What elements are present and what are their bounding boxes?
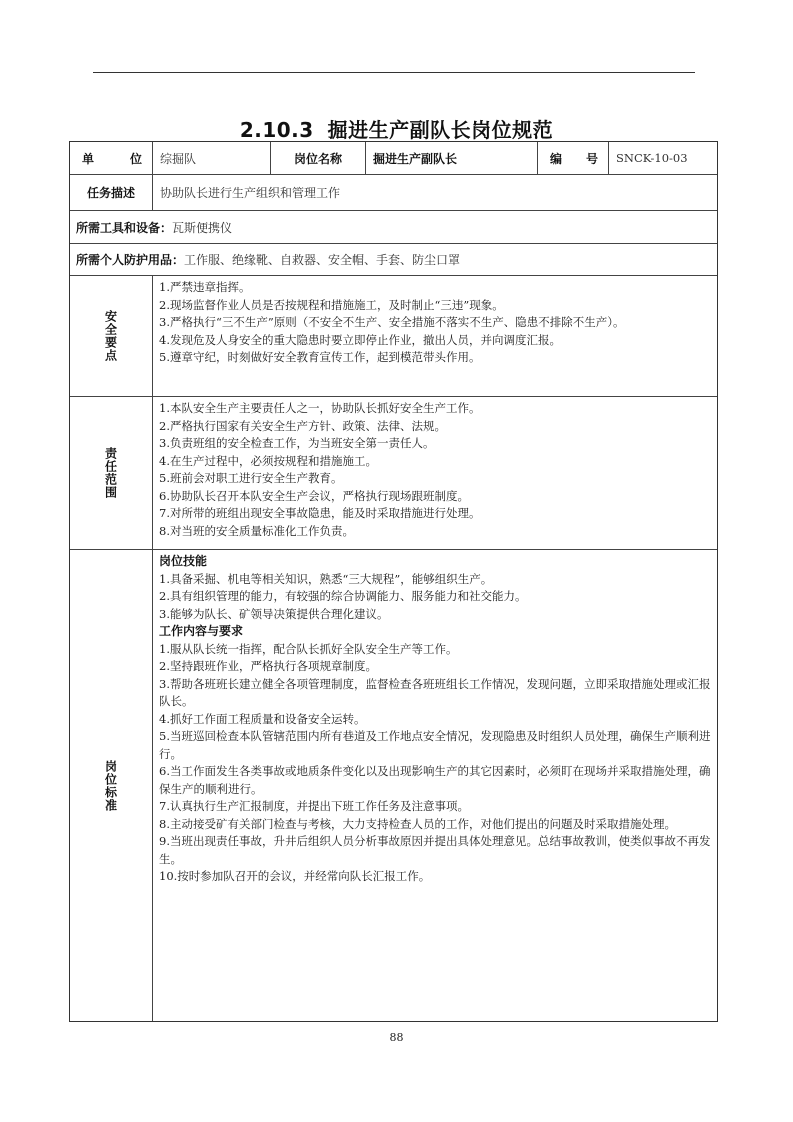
section-title: 掘进生产副队长岗位规范 bbox=[328, 118, 554, 142]
tools-value: 瓦斯便携仪 bbox=[172, 219, 232, 236]
ppe-row: 所需个人防护用品：工作服、绝缘靴、自救器、安全帽、手套、防尘口罩 bbox=[70, 244, 717, 276]
responsibility-label: 责任范围 bbox=[103, 447, 120, 499]
responsibility-item: 5.班前会对职工进行安全生产教育。 bbox=[159, 470, 711, 488]
unit-label-char-2: 位 bbox=[130, 150, 142, 167]
responsibility-item: 1.本队安全生产主要责任人之一，协助队长抓好安全生产工作。 bbox=[159, 400, 711, 418]
page-number: 88 bbox=[0, 1031, 793, 1044]
responsibility-label-cell: 责任范围 bbox=[70, 397, 153, 549]
ppe-cell: 所需个人防护用品：工作服、绝缘靴、自救器、安全帽、手套、防尘口罩 bbox=[70, 244, 717, 275]
standards-label-cell: 岗位标准 bbox=[70, 550, 153, 1021]
safety-label-cell: 安全要点 bbox=[70, 276, 153, 396]
safety-item: 3.严格执行“三不生产”原则（不安全不生产、安全措施不落实不生产、隐患不排除不生… bbox=[159, 314, 711, 332]
work-item: 10.按时参加队召开的会议，并经常向队长汇报工作。 bbox=[159, 868, 711, 886]
code-value: SNCK-10-03 bbox=[609, 142, 717, 174]
header-row: 单 位 综掘队 岗位名称 掘进生产副队长 编 号 SNCK-10-03 bbox=[70, 142, 717, 175]
task-label: 任务描述 bbox=[70, 175, 153, 210]
responsibility-item: 3.负责班组的安全检查工作，为当班安全第一责任人。 bbox=[159, 435, 711, 453]
unit-value: 综掘队 bbox=[153, 142, 271, 174]
work-item: 7.认真执行生产汇报制度，并提出下班工作任务及注意事项。 bbox=[159, 798, 711, 816]
unit-label: 单 位 bbox=[70, 142, 153, 174]
code-label-char-2: 号 bbox=[586, 150, 598, 167]
skills-heading: 岗位技能 bbox=[159, 553, 711, 571]
skill-item: 2.具有组织管理的能力，有较强的综合协调能力、服务能力和社交能力。 bbox=[159, 588, 711, 606]
position-name-value: 掘进生产副队长 bbox=[366, 142, 538, 174]
work-item: 9.当班出现责任事故，升井后组织人员分析事故原因并提出具体处理意见。总结事故教训… bbox=[159, 833, 711, 868]
responsibility-item: 7.对所带的班组出现安全事故隐患，能及时采取措施进行处理。 bbox=[159, 505, 711, 523]
header-rule bbox=[93, 72, 695, 73]
safety-item: 1.严禁违章指挥。 bbox=[159, 279, 711, 297]
skill-item: 1.具备采掘、机电等相关知识，熟悉“三大规程”，能够组织生产。 bbox=[159, 571, 711, 589]
skill-item: 3.能够为队长、矿领导决策提供合理化建议。 bbox=[159, 606, 711, 624]
work-item: 6.当工作面发生各类事故或地质条件变化以及出现影响生产的其它因素时，必须盯在现场… bbox=[159, 763, 711, 798]
responsibility-item: 2.严格执行国家有关安全生产方针、政策、法律、法规。 bbox=[159, 418, 711, 436]
responsibility-content: 1.本队安全生产主要责任人之一，协助队长抓好安全生产工作。 2.严格执行国家有关… bbox=[153, 397, 717, 549]
safety-label: 安全要点 bbox=[103, 310, 120, 362]
code-label-char-1: 编 bbox=[550, 150, 562, 167]
work-heading: 工作内容与要求 bbox=[159, 623, 711, 641]
safety-item: 4.发现危及人身安全的重大隐患时要立即停止作业，撤出人员，并向调度汇报。 bbox=[159, 332, 711, 350]
work-item: 4.抓好工作面工程质量和设备安全运转。 bbox=[159, 711, 711, 729]
tools-label: 所需工具和设备： bbox=[76, 219, 172, 236]
responsibility-row: 责任范围 1.本队安全生产主要责任人之一，协助队长抓好安全生产工作。 2.严格执… bbox=[70, 397, 717, 550]
responsibility-item: 4.在生产过程中，必须按规程和措施施工。 bbox=[159, 453, 711, 471]
page-title: 2.10.3掘进生产副队长岗位规范 bbox=[0, 114, 793, 143]
unit-label-char-1: 单 bbox=[82, 150, 94, 167]
standards-content: 岗位技能 1.具备采掘、机电等相关知识，熟悉“三大规程”，能够组织生产。 2.具… bbox=[153, 550, 717, 1021]
work-item: 1.服从队长统一指挥，配合队长抓好全队安全生产等工作。 bbox=[159, 641, 711, 659]
job-spec-table: 单 位 综掘队 岗位名称 掘进生产副队长 编 号 SNCK-10-03 任务描述… bbox=[69, 141, 718, 1022]
code-label: 编 号 bbox=[538, 142, 609, 174]
safety-content: 1.严禁违章指挥。 2.现场监督作业人员是否按规程和措施施工，及时制止“三违”现… bbox=[153, 276, 717, 396]
ppe-label: 所需个人防护用品： bbox=[76, 251, 184, 268]
work-item: 3.帮助各班班长建立健全各项管理制度，监督检查各班班组长工作情况，发现问题，立即… bbox=[159, 676, 711, 711]
standards-row: 岗位标准 岗位技能 1.具备采掘、机电等相关知识，熟悉“三大规程”，能够组织生产… bbox=[70, 550, 717, 1021]
work-item: 5.当班巡回检查本队管辖范围内所有巷道及工作地点安全情况，发现隐患及时组织人员处… bbox=[159, 728, 711, 763]
safety-item: 2.现场监督作业人员是否按规程和措施施工，及时制止“三违”现象。 bbox=[159, 297, 711, 315]
tools-cell: 所需工具和设备：瓦斯便携仪 bbox=[70, 211, 717, 243]
responsibility-item: 8.对当班的安全质量标准化工作负责。 bbox=[159, 523, 711, 541]
safety-row: 安全要点 1.严禁违章指挥。 2.现场监督作业人员是否按规程和措施施工，及时制止… bbox=[70, 276, 717, 397]
safety-item: 5.遵章守纪，时刻做好安全教育宣传工作，起到模范带头作用。 bbox=[159, 349, 711, 367]
responsibility-item: 6.协助队长召开本队安全生产会议，严格执行现场跟班制度。 bbox=[159, 488, 711, 506]
work-item: 2.坚持跟班作业，严格执行各项规章制度。 bbox=[159, 658, 711, 676]
tools-row: 所需工具和设备：瓦斯便携仪 bbox=[70, 211, 717, 244]
work-item: 8.主动接受矿有关部门检查与考核，大力支持检查人员的工作，对他们提出的问题及时采… bbox=[159, 816, 711, 834]
task-value: 协助队长进行生产组织和管理工作 bbox=[153, 175, 717, 210]
section-number: 2.10.3 bbox=[240, 118, 314, 142]
task-row: 任务描述 协助队长进行生产组织和管理工作 bbox=[70, 175, 717, 211]
position-name-label: 岗位名称 bbox=[271, 142, 366, 174]
standards-label: 岗位标准 bbox=[103, 760, 120, 812]
ppe-value: 工作服、绝缘靴、自救器、安全帽、手套、防尘口罩 bbox=[184, 251, 460, 268]
